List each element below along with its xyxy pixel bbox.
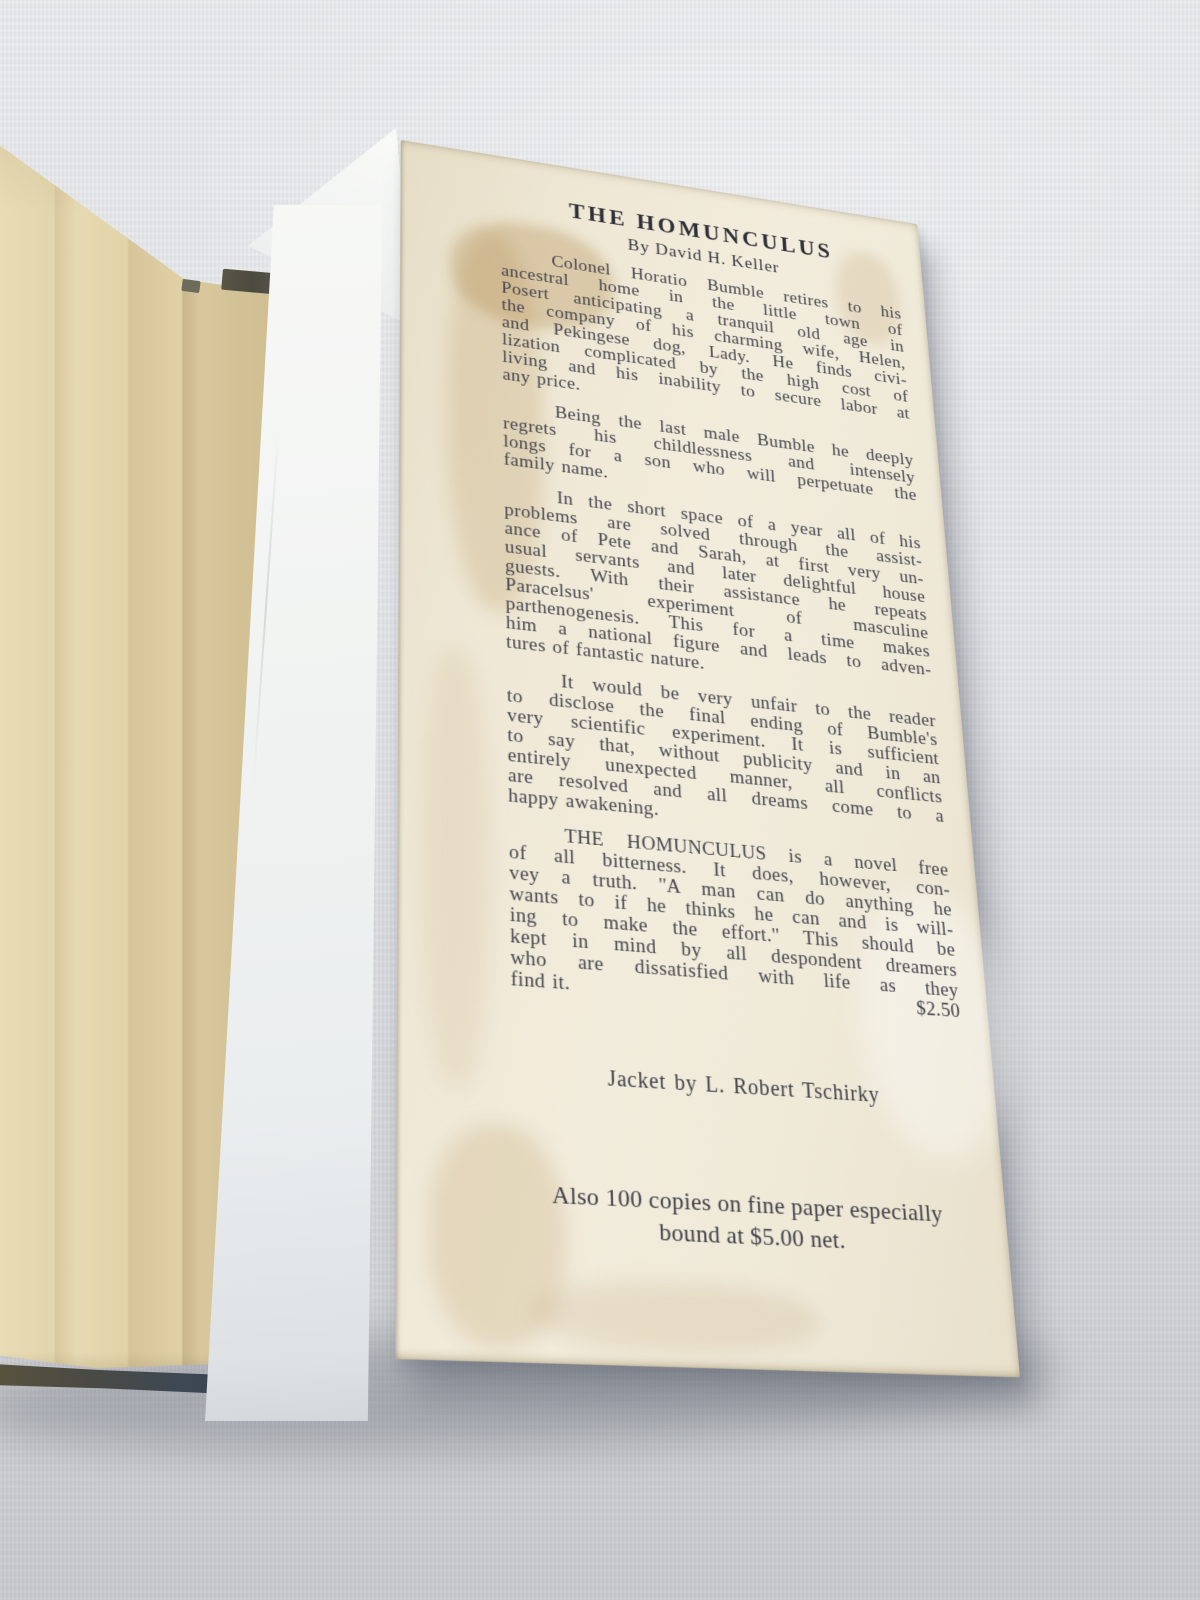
jacket-flap-paper: THE HOMUNCULUS By David H. Keller Colone…	[395, 140, 1020, 1377]
book-photo-scene: THE HOMUNCULUS By David H. Keller Colone…	[0, 0, 1200, 1600]
spine-gap-dark-small	[181, 279, 200, 293]
flap-paragraph: THE HOMUNCULUS is a novel freeof all bit…	[509, 822, 962, 1023]
flap-paragraph: It would be very unfair to the readerto …	[506, 667, 946, 847]
paper-stain	[533, 1277, 821, 1358]
flap-text-column: THE HOMUNCULUS By David H. Keller Colone…	[396, 140, 1010, 1263]
price-label: $2.50	[916, 999, 962, 1023]
jacket-credit: Jacket by L. Robert Tschirky	[512, 1061, 969, 1114]
limited-edition-note: Also 100 copies on fine paper especially…	[513, 1177, 981, 1262]
flap-text: find it.	[511, 969, 571, 995]
flap-paragraphs: Colonel Horatio Bumble retires to hisanc…	[501, 246, 961, 1023]
